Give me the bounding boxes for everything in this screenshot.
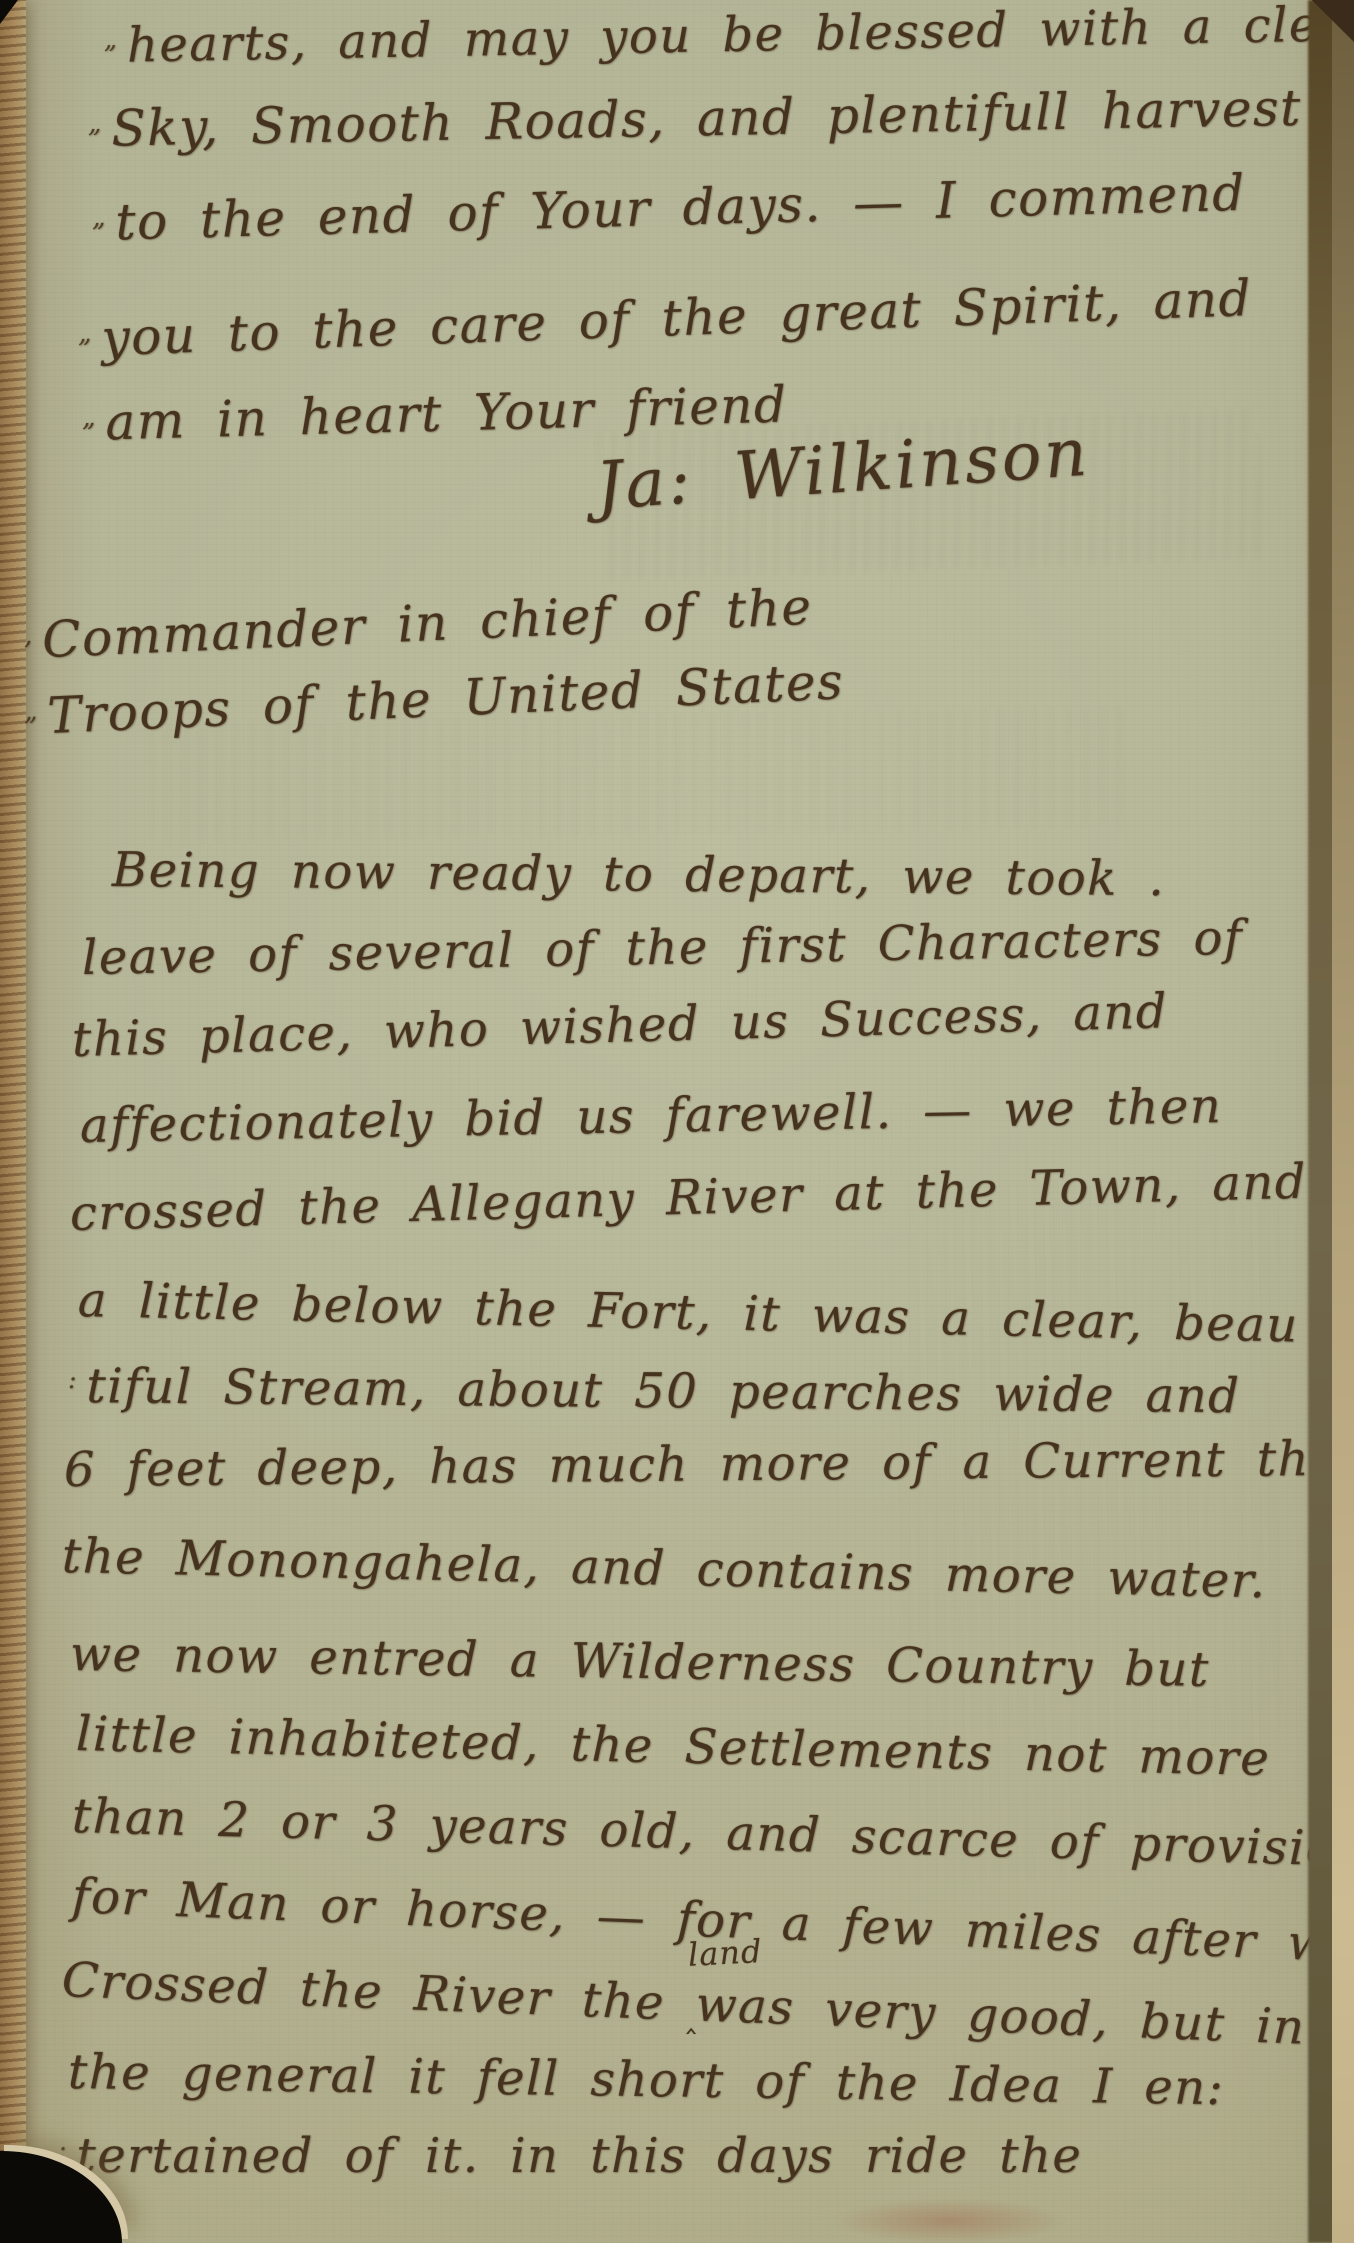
quote-mark: „ [81, 402, 93, 432]
line-text: you to the care of the great Spirit, and [100, 269, 1252, 367]
line-text: little inhabiteted, the Settlements not … [75, 1706, 1270, 1787]
signature-title-2: „Troops of the United States [23, 652, 845, 746]
signature-title-1: ,Commander in chief of the [23, 578, 814, 670]
body-line-3: this place, who wished us Success, and [71, 983, 1168, 1068]
quote-mark: : [58, 2135, 64, 2164]
quote-mark: „ [91, 202, 103, 232]
line-text: this place, who wished us Success, and [71, 983, 1168, 1068]
quote-mark: , [23, 620, 31, 650]
line-text: tertained of it. in this days ride the [76, 2128, 1082, 2184]
line-text: Troops of the United States [46, 652, 845, 745]
body-line-5: crossed the Allegany River at the Town, … [69, 1154, 1307, 1242]
body-line-8: 6 feet deep, has much more of a Current … [64, 1431, 1354, 1498]
handwritten-text-layer: „hearts, and may you be blessed with a c… [0, 0, 1354, 2243]
body-line-2: leave of several of the first Characters… [82, 910, 1244, 986]
line-text: Crossed the River the was very good, but… [61, 1952, 1307, 2056]
body-line-1: Being now ready to depart, we took . [112, 842, 1166, 907]
line-text: the Monongahela, and contains more water… [61, 1528, 1267, 1609]
quote-mark: „ [104, 25, 115, 54]
insertion-caret-mark: ‸ [686, 2000, 696, 2035]
body-line-4: affectionately bid us farewell. — we the… [80, 1078, 1223, 1154]
body-line-14: Crossed the River the was very good, but… [61, 1952, 1307, 2056]
line-text: crossed the Allegany River at the Town, … [69, 1154, 1307, 1242]
line-text: the general it fell short of the Idea I … [68, 2044, 1225, 2116]
body-line-10: we now entred a Wilderness Country but [70, 1626, 1211, 1698]
line-text: than 2 or 3 years old, and scarce of pro… [71, 1788, 1354, 1878]
letter-line-2: „Sky, Smooth Roads, and plentifull harve… [87, 79, 1302, 158]
page-edge-shadow [1308, 0, 1334, 2243]
line-text: 6 feet deep, has much more of a Current … [64, 1431, 1354, 1498]
line-text: to the end of Your days. — I commend [115, 164, 1247, 252]
line-text: leave of several of the first Characters… [82, 910, 1244, 986]
body-line-11: little inhabiteted, the Settlements not … [75, 1706, 1270, 1787]
body-line-7: :tiful Stream, about 50 pearches wide an… [68, 1358, 1241, 1424]
body-line-15: the general it fell short of the Idea I … [68, 2044, 1225, 2116]
line-text: hearts, and may you be blessed with a cl… [126, 0, 1354, 74]
line-text: Being now ready to depart, we took . [112, 842, 1166, 907]
body-line-9: the Monongahela, and contains more water… [61, 1528, 1267, 1609]
line-text: affectionately bid us farewell. — we the… [80, 1078, 1223, 1154]
letter-line-3: „to the end of Your days. — I commend [91, 164, 1246, 252]
line-text: a little below the Fort, it was a clear,… [77, 1272, 1299, 1354]
line-text: am in heart Your friend [105, 376, 788, 452]
body-line-6: a little below the Fort, it was a clear,… [77, 1272, 1299, 1354]
letter-line-1: „hearts, and may you be blessed with a c… [104, 0, 1354, 74]
line-text: we now entred a Wilderness Country but [70, 1626, 1211, 1698]
line-text: Sky, Smooth Roads, and plentifull harves… [111, 79, 1302, 158]
manuscript-page: „hearts, and may you be blessed with a c… [0, 0, 1354, 2243]
letter-line-4: „you to the care of the great Spirit, an… [77, 269, 1253, 368]
line-text: Commander in chief of the [41, 578, 814, 670]
line-text: tiful Stream, about 50 pearches wide and [86, 1358, 1240, 1424]
letter-line-5: „am in heart Your friend [81, 376, 788, 452]
interline-insertion-word: land [687, 1932, 763, 1974]
underlying-pages-edge [1332, 0, 1354, 2243]
quote-mark: „ [23, 696, 36, 726]
quote-mark: „ [77, 318, 90, 348]
quote-mark: „ [88, 109, 100, 139]
body-line-12: than 2 or 3 years old, and scarce of pro… [71, 1788, 1354, 1878]
body-line-16: :tertained of it. in this days ride the [58, 2128, 1082, 2184]
quote-mark: : [68, 1365, 75, 1394]
